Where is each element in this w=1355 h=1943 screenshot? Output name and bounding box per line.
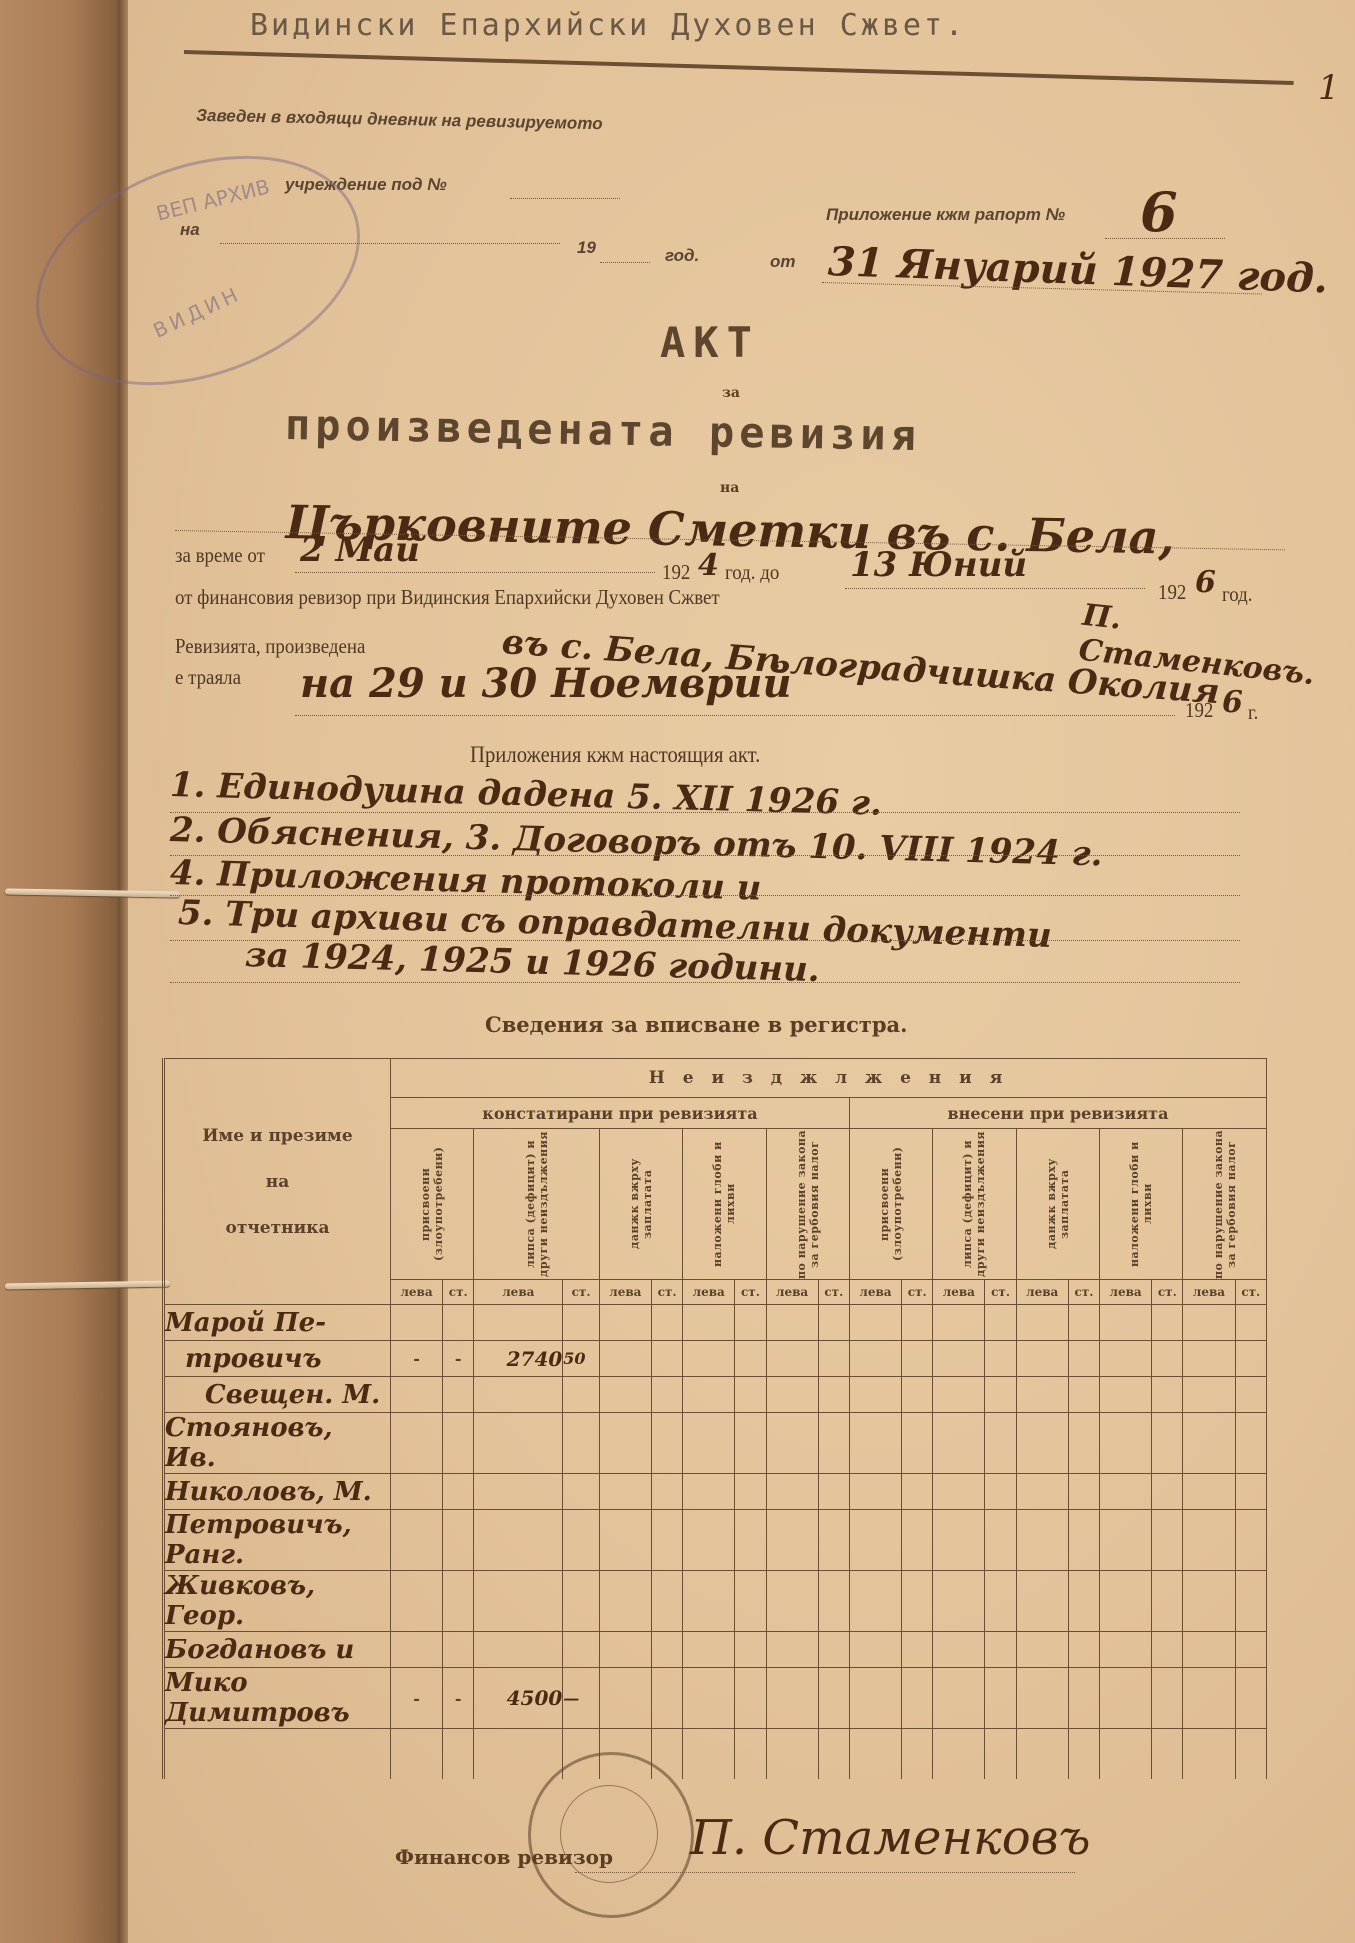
- period-from-year-prefix: 192: [662, 560, 690, 585]
- amount-leva: 4500: [474, 1668, 563, 1729]
- unit-st: ст.: [985, 1280, 1016, 1305]
- name-column-header: Име и презиме на отчетника: [164, 1059, 391, 1305]
- amount-st: 50: [563, 1341, 600, 1377]
- column-header-8: данжк вжрху заплатата: [1016, 1129, 1099, 1280]
- row-name: Николовъ, М.: [164, 1474, 391, 1510]
- report-date-label: от: [770, 252, 796, 272]
- subgroup-header-found: констатирани при ревизията: [391, 1098, 850, 1129]
- amount-st: —: [563, 1668, 600, 1729]
- row-name: Мико Димитровъ: [164, 1668, 391, 1729]
- attachment-line-2: [170, 855, 1240, 856]
- column-header-10: по нарушение закона за гербовия налог: [1183, 1129, 1267, 1280]
- attachment-line-1: [170, 812, 1240, 813]
- table-row: тровичъ -- 2740 50: [164, 1341, 1267, 1377]
- duration-year-suffix: г.: [1248, 700, 1258, 725]
- unit-st: ст.: [1068, 1280, 1099, 1305]
- register-table: Име и презиме на отчетника Н е и з д ж л…: [162, 1058, 1267, 1779]
- unit-st: ст.: [1152, 1280, 1183, 1305]
- unit-leva: лева: [766, 1280, 818, 1305]
- unit-leva: лева: [933, 1280, 985, 1305]
- duration-label: е траяла: [175, 665, 241, 690]
- period-from-line: [295, 572, 655, 573]
- row-name: Стояновъ, Ив.: [164, 1413, 391, 1474]
- name-header-line1: Име и презиме: [165, 1126, 390, 1146]
- unit-leva: лева: [1100, 1280, 1152, 1305]
- signature-line: [575, 1872, 1075, 1873]
- attachment-line-3: [170, 895, 1240, 896]
- unit-st: ст.: [902, 1280, 933, 1305]
- row-name: Свещен. М.: [164, 1377, 391, 1413]
- unit-leva: лева: [1016, 1280, 1068, 1305]
- page-number: 1: [1318, 68, 1340, 108]
- unit-leva: лева: [599, 1280, 651, 1305]
- name-header-line3: отчетника: [165, 1218, 390, 1238]
- amount-leva: 2740: [474, 1341, 563, 1377]
- auditor-text: от финансовия ревизор при Видинския Епар…: [175, 585, 720, 610]
- column-header-1: присвоени (злоупотребени): [391, 1129, 474, 1280]
- period-from-date: 2 Май: [300, 530, 420, 570]
- footer-label: Финансов ревизор: [395, 1845, 613, 1869]
- period-to-year-prefix: 192: [1158, 580, 1186, 605]
- period-from-year-digit: 4: [698, 548, 719, 583]
- column-header-6: присвоени (злоупотребени): [849, 1129, 932, 1280]
- registration-year-prefix: 19: [577, 238, 596, 258]
- column-header-5: по нарушение закона за гербовия налог: [766, 1129, 849, 1280]
- column-header-2: липса (дефицит) и други неиздължения: [474, 1129, 599, 1280]
- duration-value: на 29 и 30 Ноемврий: [300, 660, 792, 707]
- unit-st: ст.: [1235, 1280, 1266, 1305]
- unit-st: ст.: [651, 1280, 682, 1305]
- register-heading: Сведения за вписване в регистра.: [485, 1012, 907, 1037]
- column-header-3: данжк вжрху заплатата: [599, 1129, 682, 1280]
- title-na: на: [720, 480, 739, 496]
- table-row: Богдановъ и: [164, 1632, 1267, 1668]
- institution-header: Видински Епархийски Духовен Сжвет.: [250, 8, 966, 43]
- period-to-date: 13 Юний: [850, 545, 1027, 585]
- table-row: Марой Пе-: [164, 1305, 1267, 1341]
- table-row: Николовъ, М.: [164, 1474, 1267, 1510]
- row-name: Марой Пе-: [164, 1305, 391, 1341]
- attachments-heading: Приложения кжм настоящия акт.: [470, 742, 760, 768]
- group-header: Н е и з д ж л ж е н и я: [391, 1059, 1267, 1098]
- auditor-signature: П. Стаменковъ: [690, 1810, 1091, 1866]
- place-label: Ревизията, произведена: [175, 634, 365, 659]
- registration-year-suffix: год.: [665, 246, 699, 266]
- act-title: АКТ: [660, 318, 760, 367]
- row-name: тровичъ: [164, 1341, 391, 1377]
- period-god: год.: [1222, 582, 1253, 607]
- row-name: Живковъ, Геор.: [164, 1571, 391, 1632]
- registration-number-field[interactable]: [510, 198, 620, 199]
- name-header-line2: на: [165, 1172, 390, 1192]
- column-header-9: наложени глоби и лихви: [1100, 1129, 1183, 1280]
- attachment-line-5: [170, 982, 1240, 983]
- table-row: Живковъ, Геор.: [164, 1571, 1267, 1632]
- period-to-year-digit: 6: [1195, 565, 1216, 600]
- period-to-line: [845, 588, 1145, 589]
- unit-leva: лева: [391, 1280, 443, 1305]
- report-number: 6: [1140, 180, 1178, 244]
- table-row: Свещен. М.: [164, 1377, 1267, 1413]
- unit-leva: лева: [474, 1280, 563, 1305]
- unit-leva: лева: [849, 1280, 901, 1305]
- duration-year-prefix: 192: [1185, 698, 1213, 723]
- table-row: Мико Димитровъ -- 4500 —: [164, 1668, 1267, 1729]
- column-header-4: наложени глоби и лихви: [683, 1129, 766, 1280]
- unit-st: ст.: [563, 1280, 600, 1305]
- unit-st: ст.: [443, 1280, 474, 1305]
- title-za: за: [722, 385, 740, 401]
- column-header-7: липса (дефицит) и други неиздължения: [933, 1129, 1016, 1280]
- duration-line: [295, 715, 1175, 716]
- table-row: Стояновъ, Ив.: [164, 1413, 1267, 1474]
- period-from-label: за време от: [175, 543, 265, 568]
- unit-st: ст.: [735, 1280, 766, 1305]
- period-god-do: год. до: [725, 560, 779, 585]
- unit-leva: лева: [1183, 1280, 1235, 1305]
- registration-year-field[interactable]: [600, 262, 650, 263]
- row-name: Богдановъ и: [164, 1632, 391, 1668]
- table-row: Петровичъ, Ранг.: [164, 1510, 1267, 1571]
- unit-leva: лева: [683, 1280, 735, 1305]
- unit-st: ст.: [818, 1280, 849, 1305]
- row-name: Петровичъ, Ранг.: [164, 1510, 391, 1571]
- subgroup-header-paid: внесени при ревизията: [849, 1098, 1266, 1129]
- report-label: Приложение кжм рапорт №: [826, 205, 1065, 225]
- duration-year-digit: 6: [1222, 685, 1243, 720]
- report-number-line: [1105, 238, 1225, 239]
